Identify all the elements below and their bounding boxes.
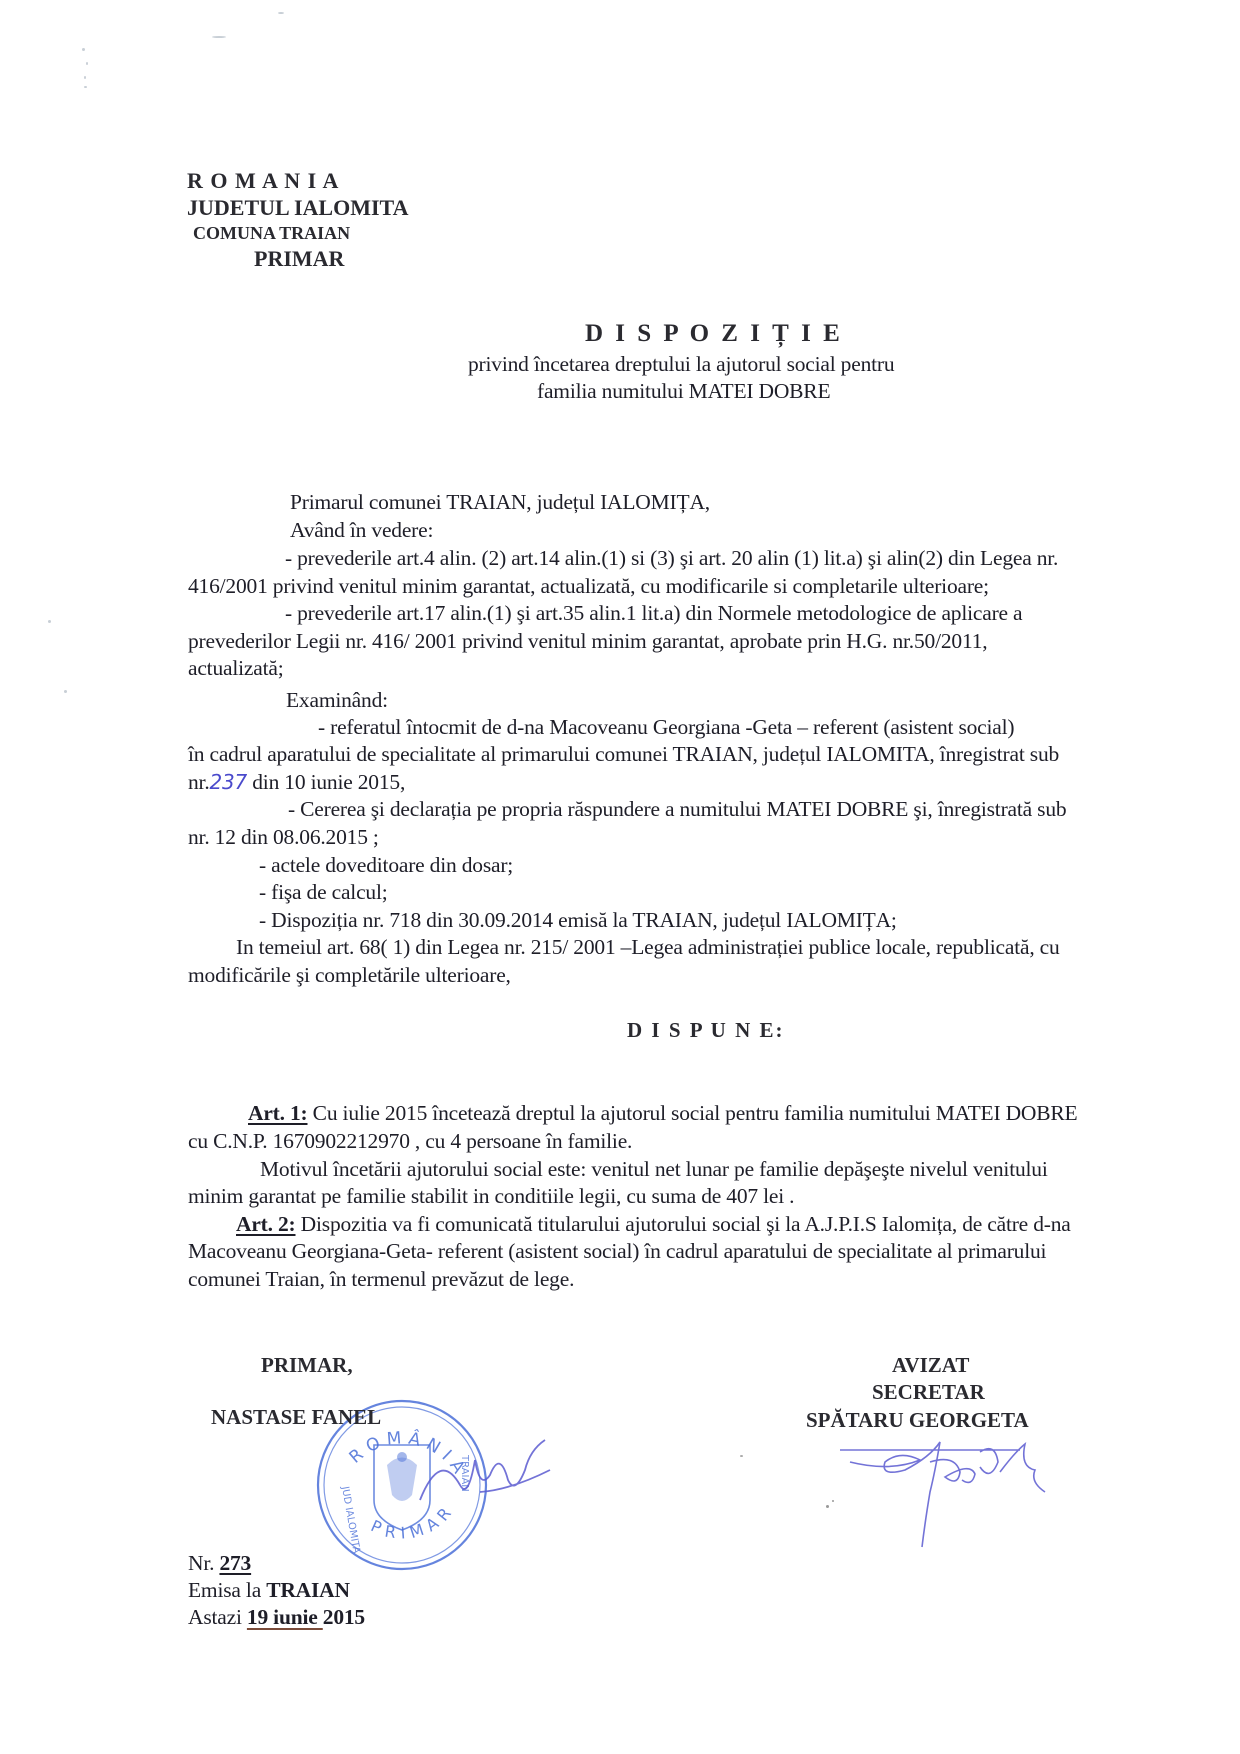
- legal-basis-1-line2: 416/2001 privind venitul minim garantat,…: [188, 576, 989, 598]
- legal-basis-2-line2: prevederilor Legii nr. 416/ 2001 privind…: [188, 631, 987, 653]
- exam-item-2-line2: nr. 12 din 08.06.2015 ;: [188, 827, 379, 849]
- termination-reason-line1: Motivul încetării ajutorului social este…: [260, 1159, 1048, 1181]
- registration-prefix: nr.: [188, 770, 210, 794]
- article-2-label: Art. 2:: [236, 1212, 296, 1236]
- exam-item-4: - fişa de calcul;: [259, 882, 388, 904]
- article-1-line2: cu C.N.P. 1670902212970 , cu 4 persoane …: [188, 1131, 632, 1153]
- mayor-title: PRIMAR,: [261, 1353, 353, 1378]
- article-1-line1: Art. 1: Cu iulie 2015 încetează dreptul …: [248, 1103, 1077, 1125]
- exam-item-1-line1: - referatul întocmit de d-na Macoveanu G…: [318, 717, 1014, 739]
- legal-basis-1-line1: - prevederile art.4 alin. (2) art.14 ali…: [285, 548, 1058, 570]
- examining-label: Examinând:: [286, 690, 388, 712]
- article-2-text: Dispozitia va fi comunicată titularului …: [296, 1212, 1071, 1236]
- secretary-title: SECRETAR: [872, 1380, 985, 1405]
- issued-place: TRAIAN: [266, 1578, 350, 1602]
- header-commune: COMUNA TRAIAN: [193, 223, 350, 244]
- legal-basis-2-line1: - prevederile art.17 alin.(1) şi art.35 …: [285, 603, 1022, 625]
- document-title: D I S P O Z I Ț I E: [585, 320, 843, 348]
- header-country: R O M A N I A: [187, 168, 339, 194]
- approval-label: AVIZAT: [892, 1353, 969, 1378]
- document-subtitle-line2: familia numitului MATEI DOBRE: [537, 381, 830, 403]
- scan-speck: [826, 1505, 829, 1508]
- number-label: Nr.: [188, 1551, 219, 1575]
- document-subtitle-line1: privind încetarea dreptului la ajutorul …: [468, 354, 894, 376]
- exam-item-1-line2: în cadrul aparatului de specialitate al …: [188, 744, 1059, 766]
- document-number: Nr. 273: [188, 1553, 251, 1575]
- scan-speck: [86, 62, 88, 65]
- date-value: 19 iunie: [247, 1605, 323, 1629]
- header-county: JUDETUL IALOMITA: [187, 195, 408, 221]
- scan-speck: [832, 1500, 834, 1502]
- legal-basis-2-line3: actualizată;: [188, 658, 283, 680]
- scan-speck: [740, 1455, 743, 1457]
- exam-item-3: - actele doveditoare din dosar;: [259, 855, 513, 877]
- considering-label: Având în vedere:: [290, 520, 433, 542]
- scan-speck: [82, 48, 85, 51]
- issue-date: Astazi 19 iunie 2015: [188, 1607, 365, 1629]
- exam-item-1-line3: nr.237 din 10 iunie 2015,: [188, 772, 405, 794]
- decision-heading: D I S P U N E:: [627, 1018, 785, 1043]
- issuer-line: Primarul comunei TRAIAN, județul IALOMIȚ…: [290, 492, 710, 514]
- secretary-name: SPĂTARU GEORGETA: [806, 1408, 1029, 1433]
- termination-reason-line2: minim garantat pe familie stabilit in co…: [188, 1186, 794, 1208]
- secretary-signature-icon: [830, 1432, 1090, 1552]
- date-label: Astazi: [188, 1605, 247, 1629]
- scan-speck: [64, 690, 67, 693]
- scan-speck: [278, 12, 284, 14]
- scan-speck: [212, 36, 226, 38]
- scan-speck: [48, 620, 51, 623]
- exam-item-5: - Dispoziția nr. 718 din 30.09.2014 emis…: [259, 910, 897, 932]
- legal-foundation-line1: In temeiul art. 68( 1) din Legea nr. 215…: [236, 937, 1060, 959]
- article-1-text: Cu iulie 2015 încetează dreptul la ajuto…: [308, 1101, 1078, 1125]
- exam-item-2-line1: - Cererea şi declarația pe propria răspu…: [288, 799, 1066, 821]
- header-office: PRIMAR: [254, 246, 344, 272]
- issued-label: Emisa la: [188, 1578, 266, 1602]
- mayor-signature-icon: [380, 1430, 560, 1520]
- issued-at: Emisa la TRAIAN: [188, 1580, 350, 1602]
- article-2-line3: comunei Traian, în termenul prevăzut de …: [188, 1269, 574, 1291]
- date-year: 2015: [323, 1605, 365, 1629]
- legal-foundation-line2: modificările şi completările ulterioare,: [188, 965, 511, 987]
- handwritten-registration-number: 237: [210, 770, 248, 794]
- number-value: 273: [219, 1551, 251, 1575]
- registration-suffix: din 10 iunie 2015,: [247, 770, 405, 794]
- scan-speck: [84, 76, 86, 79]
- mayor-name: NASTASE FANEL: [211, 1405, 381, 1430]
- article-1-label: Art. 1:: [248, 1101, 308, 1125]
- scan-speck: [84, 86, 87, 88]
- article-2-line2: Macoveanu Georgiana-Geta- referent (asis…: [188, 1241, 1046, 1263]
- article-2-line1: Art. 2: Dispozitia va fi comunicată titu…: [236, 1214, 1071, 1236]
